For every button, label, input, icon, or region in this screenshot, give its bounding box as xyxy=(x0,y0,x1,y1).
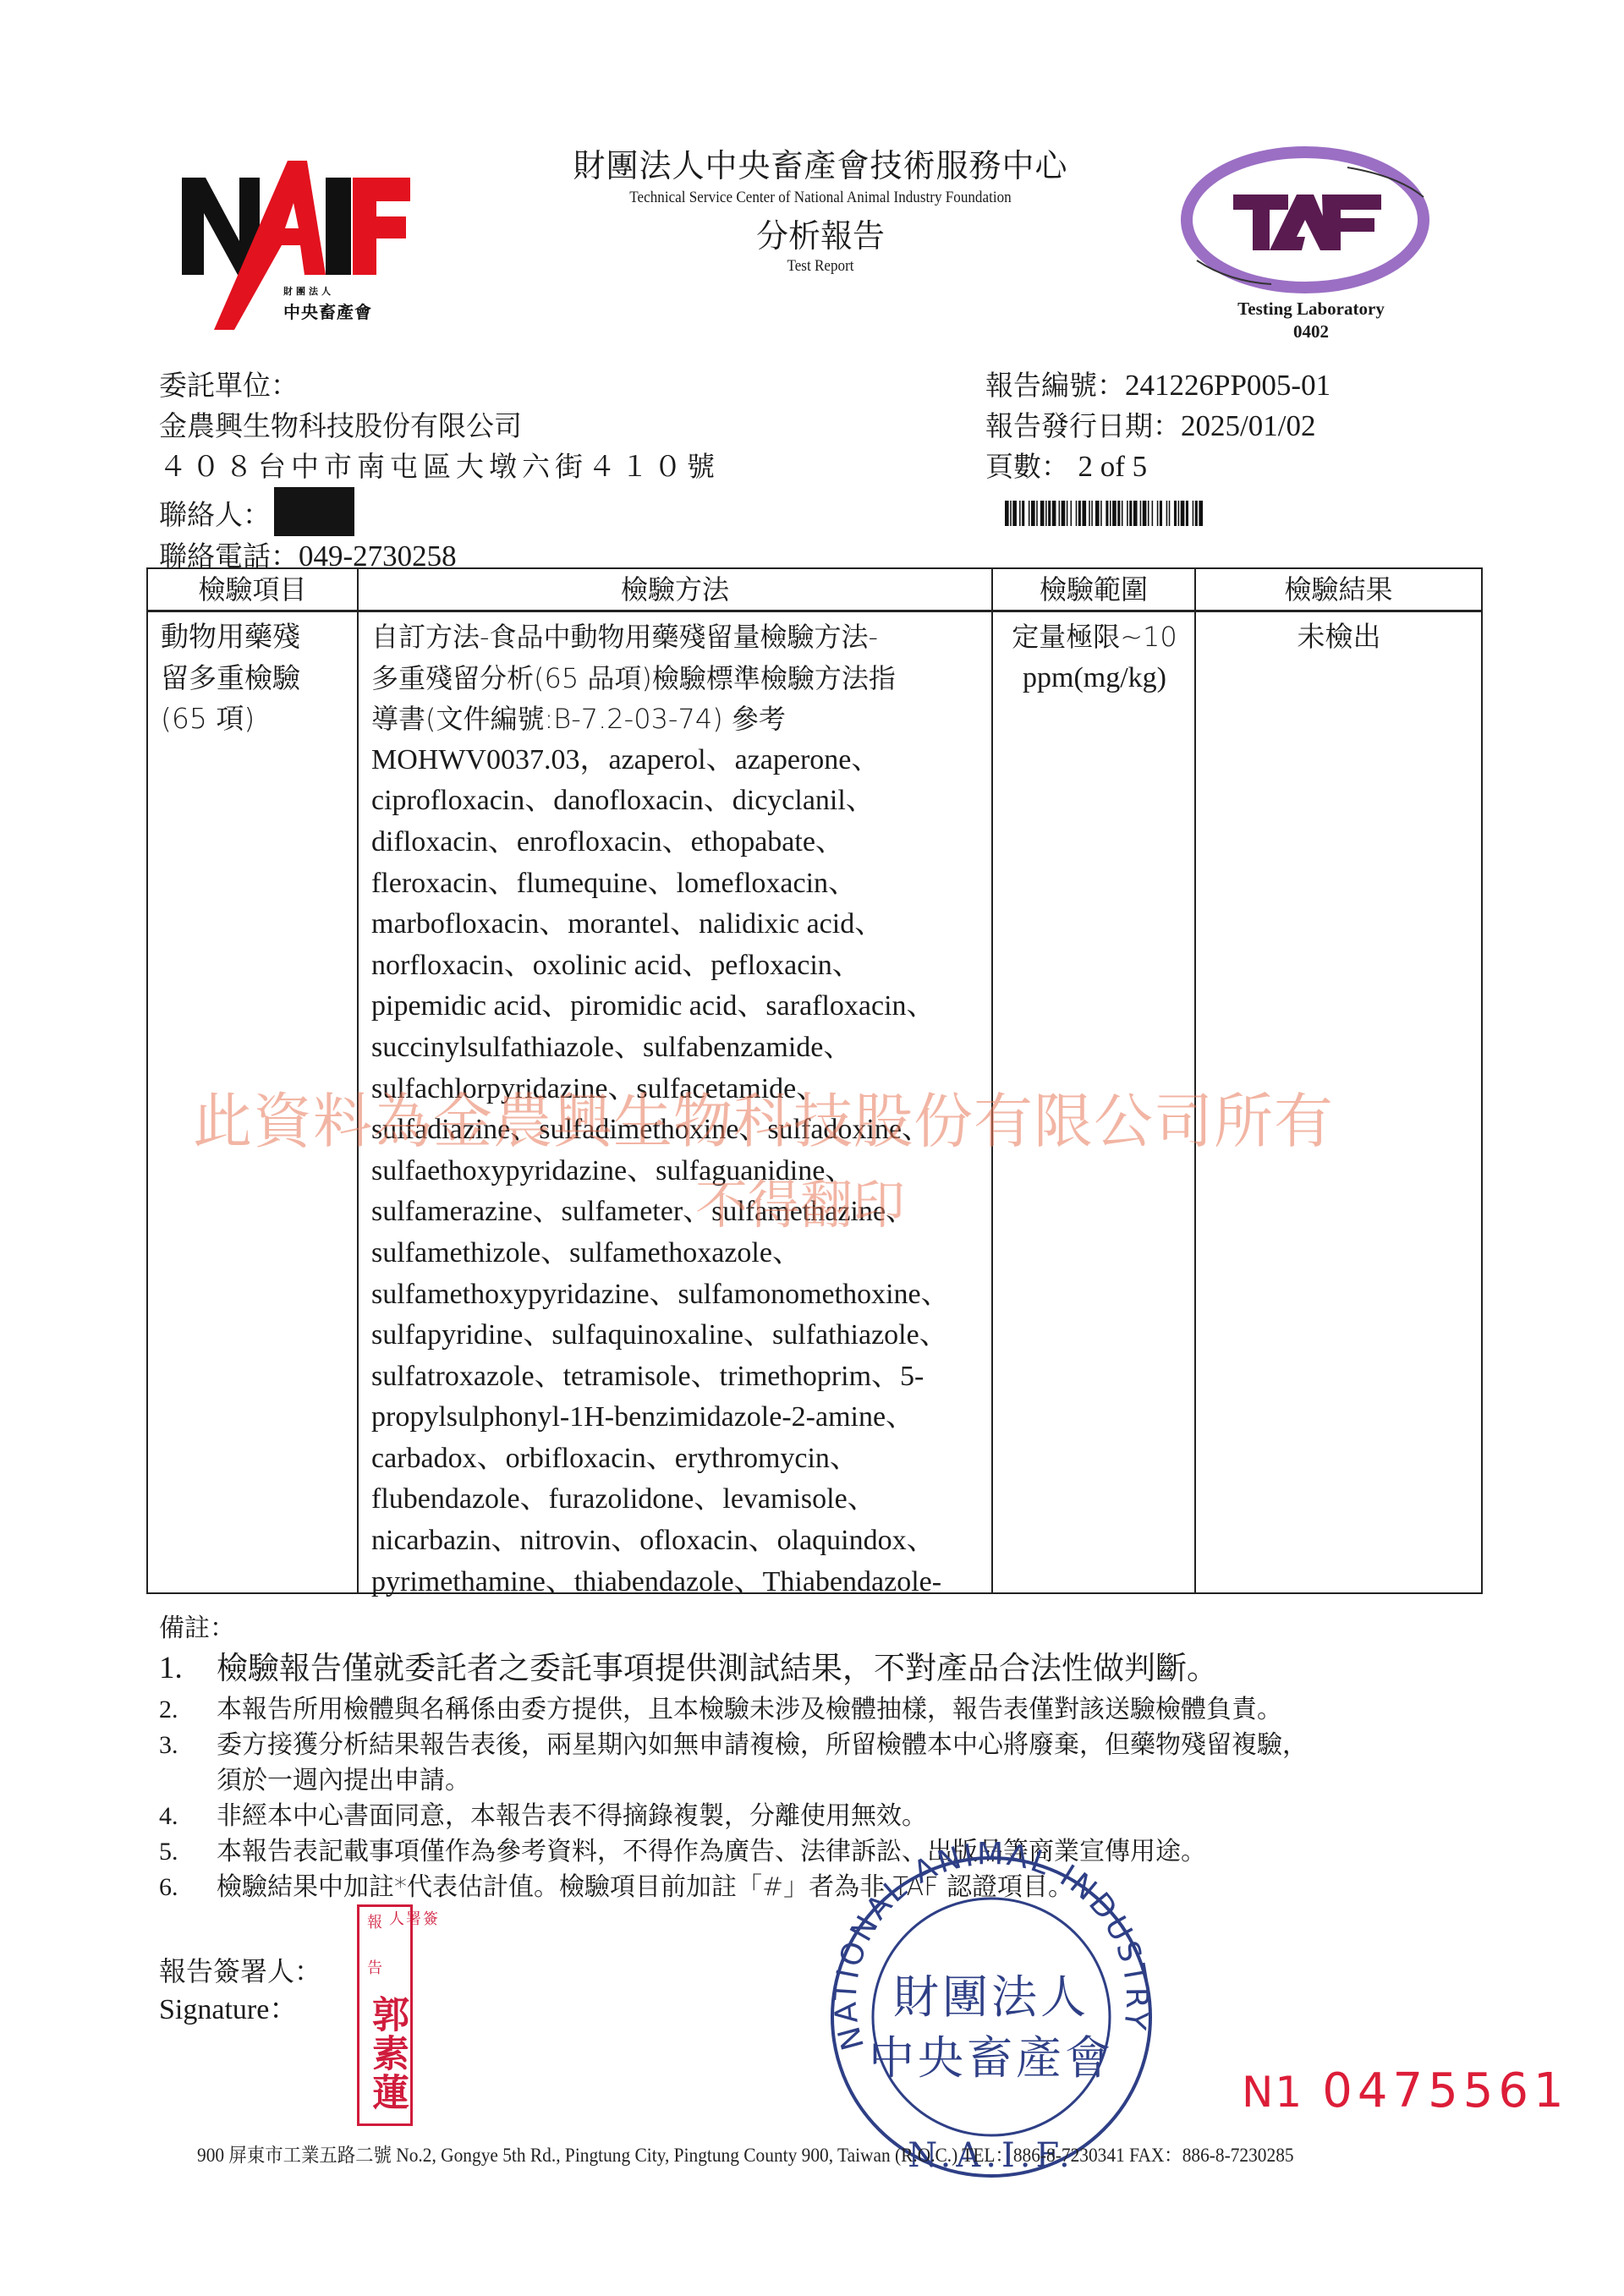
cell-line: ppm(mg/kg) xyxy=(994,658,1195,699)
report-number-label: 報告編號： xyxy=(985,369,1125,402)
naif-sub-big: 中央畜產會 xyxy=(283,299,372,323)
cell-line: 動物用藥殘 xyxy=(161,616,354,658)
footer-fax-value: 886-8-7230285 xyxy=(1182,2145,1294,2166)
official-seal: NATIONAL ANIMAL INDUSTRY FOUNDATION N.A.… xyxy=(814,1835,1169,2190)
note-number: 1. xyxy=(159,1645,217,1692)
naif-sub-small: 財團法人 xyxy=(283,284,372,298)
col-header-method: 檢驗方法 xyxy=(359,569,991,610)
cell-line: marbofloxacin、morantel、nalidixic acid、 xyxy=(371,904,997,945)
footer-address-zh: 900 屏東市工業五路二號 xyxy=(197,2145,392,2166)
barcode-icon xyxy=(1005,501,1370,526)
cell-line: propylsulphonyl-1H-benzimidazole-2-amine… xyxy=(371,1397,997,1438)
redacted-contact-name xyxy=(274,487,354,536)
contact-label: 聯絡人： xyxy=(159,498,271,531)
report-date-label: 報告發行日期： xyxy=(985,409,1181,442)
cell-line: carbadox、orbifloxacin、erythromycin、 xyxy=(371,1438,997,1480)
table-header-divider xyxy=(148,610,1481,612)
footer-tel-value: 886-8-7230341 xyxy=(1013,2145,1125,2166)
cell-line: fleroxacin、flumequine、lomefloxacin、 xyxy=(371,863,997,905)
col-header-range: 檢驗範圍 xyxy=(993,569,1194,610)
note-item: 須於一週內提出申請。 xyxy=(159,1763,1479,1799)
taf-logo xyxy=(1178,142,1449,294)
note-number: 4. xyxy=(159,1799,217,1834)
footer-tel-label: TEL： xyxy=(962,2145,1013,2166)
cell-line: sulfatroxazole、tetramisole、trimethoprim、… xyxy=(371,1356,997,1398)
taf-accreditation-number: 0402 xyxy=(1184,321,1438,343)
signature-label: 報告簽署人： Signature： xyxy=(159,1952,321,2030)
stamp-role-right: 簽署人 xyxy=(387,1910,437,1927)
client-contact: 聯絡人： xyxy=(159,487,720,536)
client-address: ４０８台中市南屯區大墩六街４１０號 xyxy=(159,447,720,487)
report-pages-value: 2 of 5 xyxy=(1078,450,1148,483)
col-header-item: 檢驗項目 xyxy=(148,569,357,610)
note-item: 2.本報告所用檢體與名稱係由委方提供，且本檢驗未涉及檢體抽樣，報告表僅對該送驗檢… xyxy=(159,1692,1479,1728)
org-name-en: Technical Service Center of National Ani… xyxy=(508,188,1133,208)
serial-number: N10475561 xyxy=(1242,2063,1569,2118)
footer-address-en: No.2, Gongye 5th Rd., Pingtung City, Pin… xyxy=(396,2145,957,2166)
svg-text:財團法人: 財團法人 xyxy=(893,1970,1089,2024)
note-text: 本報告所用檢體與名稱係由委方提供，且本檢驗未涉及檢體抽樣，報告表僅對該送驗檢體負… xyxy=(217,1692,1282,1728)
cell-line: 留多重檢驗 xyxy=(161,658,354,699)
footer-address: 900 屏東市工業五路二號 No.2, Gongye 5th Rd., Ping… xyxy=(197,2140,1294,2167)
note-number: 3. xyxy=(159,1728,217,1763)
stamp-signatory-name: 郭素蓮 xyxy=(365,1995,409,2112)
org-name-zh: 財團法人中央畜產會技術服務中心 xyxy=(474,145,1167,186)
note-text: 須於一週內提出申請。 xyxy=(217,1763,470,1799)
report-number-value: 241226PP005-01 xyxy=(1125,369,1330,402)
cell-line: sulfamethizole、sulfamethoxazole、 xyxy=(371,1233,997,1274)
client-company-name: 金農興生物科技股份有限公司 xyxy=(159,406,720,447)
note-number: 5. xyxy=(159,1834,217,1870)
note-number xyxy=(159,1763,217,1799)
note-item: 4.非經本中心書面同意，本報告表不得摘錄複製，分離使用無效。 xyxy=(159,1799,1479,1834)
cell-line: flubendazole、furazolidone、levamisole、 xyxy=(371,1479,997,1521)
cell-line: 導書(文件編號:B-7.2-03-74) 參考 xyxy=(371,699,997,740)
watermark-line1: 此資料為金農興生物科技股份有限公司所有 xyxy=(193,1074,1334,1159)
cell-line: nicarbazin、nitrovin、ofloxacin、olaquindox… xyxy=(371,1521,997,1562)
serial-prefix: N1 xyxy=(1242,2068,1303,2117)
report-pages-label: 頁數： xyxy=(985,450,1069,483)
note-number: 2. xyxy=(159,1692,217,1728)
cell-line: difloxacin、enrofloxacin、ethopabate、 xyxy=(371,822,997,863)
client-unit-label: 委託單位： xyxy=(159,365,720,406)
seal-icon: NATIONAL ANIMAL INDUSTRY FOUNDATION N.A.… xyxy=(814,1835,1169,2190)
report-number-row: 報告編號：241226PP005-01 xyxy=(985,365,1330,406)
stamp-role-left: 報 xyxy=(365,1914,381,1929)
cell-test-range: 定量極限~10ppm(mg/kg) xyxy=(994,616,1195,699)
cell-line: 多重殘留分析(65 品項)檢驗標準檢驗方法指 xyxy=(371,658,997,699)
cell-line: MOHWV0037.03，azaperol、azaperone、 xyxy=(371,740,997,781)
cell-test-result: 未檢出 xyxy=(1197,616,1481,658)
serial-value: 0475561 xyxy=(1322,2063,1568,2118)
note-item: 1.檢驗報告僅就委託者之委託事項提供測試結果，不對產品合法性做判斷。 xyxy=(159,1645,1479,1692)
note-text: 非經本中心書面同意，本報告表不得摘錄複製，分離使用無效。 xyxy=(217,1799,927,1834)
taf-caption: Testing Laboratory 0402 xyxy=(1184,298,1438,343)
client-info: 委託單位： 金農興生物科技股份有限公司 ４０８台中市南屯區大墩六街４１０號 聯絡… xyxy=(159,365,720,577)
cell-line: sulfapyridine、sulfaquinoxaline、sulfathia… xyxy=(371,1315,997,1356)
report-heading: 財團法人中央畜產會技術服務中心 Technical Service Center… xyxy=(474,145,1167,276)
notes-label: 備註： xyxy=(159,1607,235,1644)
note-text: 委方接獲分析結果報告表後，兩星期內如無申請複檢，所留檢體本中心將廢棄，但藥物殘留… xyxy=(217,1728,1308,1763)
report-title-en: Test Report xyxy=(508,257,1133,276)
footer-fax-label: FAX： xyxy=(1129,2145,1182,2166)
svg-text:中央畜產會: 中央畜產會 xyxy=(869,2031,1114,2085)
cell-line: pipemidic acid、piromidic acid、sarafloxac… xyxy=(371,986,997,1027)
note-text: 檢驗報告僅就委託者之委託事項提供測試結果，不對產品合法性做判斷。 xyxy=(217,1645,1218,1692)
report-date-row: 報告發行日期：2025/01/02 xyxy=(985,406,1330,447)
cell-line: pyrimethamine、thiabendazole、Thiabendazol… xyxy=(371,1562,997,1603)
report-date-value: 2025/01/02 xyxy=(1181,409,1315,442)
cell-line: (65 項) xyxy=(161,699,354,740)
naif-logo-subtitle: 財團法人 中央畜產會 xyxy=(283,284,372,323)
signature-label-en: Signature： xyxy=(159,1991,321,2030)
cell-line: norfloxacin、oxolinic acid、pefloxacin、 xyxy=(371,945,997,987)
watermark-line2: 不得翻印 xyxy=(695,1163,905,1238)
col-header-result: 檢驗結果 xyxy=(1196,569,1481,610)
cell-test-item: 動物用藥殘留多重檢驗(65 項) xyxy=(161,616,354,740)
note-number: 6. xyxy=(159,1870,217,1905)
note-item: 3.委方接獲分析結果報告表後，兩星期內如無申請複檢，所留檢體本中心將廢棄，但藥物… xyxy=(159,1728,1479,1763)
report-info: 報告編號：241226PP005-01 報告發行日期：2025/01/02 頁數… xyxy=(985,365,1330,487)
taf-caption-line1: Testing Laboratory xyxy=(1184,298,1438,321)
cell-line: succinylsulfathiazole、sulfabenzamide、 xyxy=(371,1027,997,1069)
signature-label-zh: 報告簽署人： xyxy=(159,1952,321,1991)
naif-logo: 財團法人 中央畜產會 xyxy=(165,161,419,330)
barcode xyxy=(1005,501,1370,526)
report-title-zh: 分析報告 xyxy=(474,215,1167,257)
taf-logo-icon xyxy=(1178,142,1449,294)
report-pages-row: 頁數： 2 of 5 xyxy=(985,447,1330,487)
cell-line: 自訂方法-食品中動物用藥殘留量檢驗方法- xyxy=(371,616,997,658)
cell-line: sulfamethoxypyridazine、sulfamonomethoxin… xyxy=(371,1274,997,1316)
cell-line: ciprofloxacin、danofloxacin、dicyclanil、 xyxy=(371,781,997,822)
stamp-role-bottom: 告 xyxy=(365,1959,381,1975)
signatory-stamp: 報 簽署人 告 郭素蓮 xyxy=(357,1904,413,2126)
cell-line: 定量極限~10 xyxy=(994,616,1195,658)
